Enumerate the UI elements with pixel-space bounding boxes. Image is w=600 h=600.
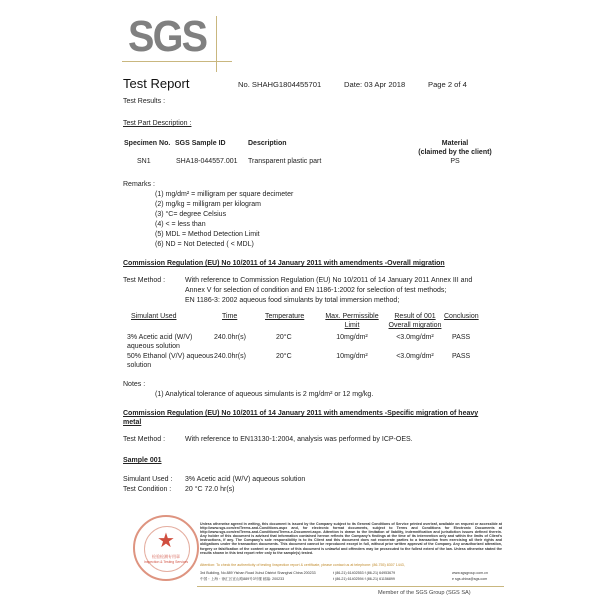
cell-temperature: 20°C (276, 353, 292, 360)
phone-fax-1: t (86-21) 61402553 f (86-21) 64953679 (333, 571, 395, 575)
cell-sample-id: SHA18-044557.001 (176, 158, 238, 165)
test-results-label: Test Results : (123, 98, 165, 105)
test-method-line: Annex V for selection of condition and E… (185, 287, 446, 294)
condition-label: Test Condition : (123, 486, 171, 493)
simulant-label: Simulant Used : (123, 476, 172, 483)
star-icon: ★ (135, 531, 197, 551)
address-chinese: 中国・上海・徐汇区宜山路889号3号楼 邮编: 200233 (200, 577, 284, 582)
specific-migration-heading: Commission Regulation (EU) No 10/2011 of… (123, 410, 478, 417)
overall-migration-heading: Commission Regulation (EU) No 10/2011 of… (123, 260, 445, 267)
col-simulant: Simulant Used (131, 313, 177, 320)
cell-simulant-2: solution (127, 362, 151, 369)
col-description: Description (248, 140, 287, 147)
col-sample-id: SGS Sample ID (175, 140, 226, 147)
stamp-text-en: Inspection & Testing Services (135, 560, 197, 564)
col-material-note: (claimed by the client) (400, 149, 510, 156)
cell-limit: 10mg/dm² (316, 353, 388, 360)
remark-item: (3) °C= degree Celsius (155, 211, 226, 218)
report-date: Date: 03 Apr 2018 (344, 80, 405, 89)
test-method-line: With reference to Commission Regulation … (185, 277, 472, 284)
cell-simulant: 50% Ethanol (V/V) aqueous (127, 353, 213, 360)
cell-result: <3.0mg/dm² (380, 353, 450, 360)
remark-item: (4) < = less than (155, 221, 206, 228)
col-material: Material (400, 140, 510, 147)
remark-item: (6) ND = Not Detected ( < MDL) (155, 241, 254, 248)
sample-heading: Sample 001 (123, 457, 162, 464)
remark-item: (2) mg/kg = milligram per kilogram (155, 201, 261, 208)
col-result: Result of 001 (380, 313, 450, 320)
remarks-label: Remarks : (123, 181, 155, 188)
cell-simulant: 3% Acetic acid (W/V) (127, 334, 192, 341)
cell-time: 240.0hr(s) (214, 334, 246, 341)
col-result-2: Overall migration (380, 322, 450, 329)
note-item: (1) Analytical tolerance of aqueous simu… (155, 391, 373, 398)
cell-conclusion: PASS (452, 353, 470, 360)
test-method-label: Test Method : (123, 277, 165, 284)
col-time: Time (222, 313, 237, 320)
page-indicator: Page 2 of 4 (428, 80, 467, 89)
cell-specimen: SN1 (137, 158, 151, 165)
footer-divider (197, 586, 504, 587)
logo-vertical-line (216, 16, 217, 72)
test-method-text-2: With reference to EN13130-1:2004, analys… (185, 436, 413, 443)
cell-result: <3.0mg/dm² (380, 334, 450, 341)
sgs-member-note: Member of the SGS Group (SGS SA) (378, 590, 471, 596)
address-english: 3rd Building, No.889 Yishan Road Xuhui D… (200, 571, 316, 575)
official-stamp: ★ 检验检测专用章 Inspection & Testing Services (133, 515, 199, 581)
cell-limit: 10mg/dm² (316, 334, 388, 341)
col-temperature: Temperature (265, 313, 304, 320)
condition-value: 20 °C 72.0 hr(s) (185, 486, 235, 493)
cell-material: PS (400, 158, 510, 165)
remark-item: (1) mg/dm² = milligram per square decime… (155, 191, 293, 198)
report-number: No. SHAHG1804455701 (238, 80, 321, 89)
report-title: Test Report (123, 76, 189, 91)
specific-migration-heading-2: metal (123, 419, 141, 426)
part-description-heading: Test Part Description : (123, 120, 191, 127)
website-link[interactable]: www.sgsgroup.com.cn (452, 571, 488, 575)
remark-item: (5) MDL = Method Detection Limit (155, 231, 260, 238)
sgs-logo: SGS (128, 16, 218, 62)
notes-label: Notes : (123, 381, 145, 388)
cell-description: Transparent plastic part (248, 158, 321, 165)
col-specimen-no: Specimen No. (124, 140, 170, 147)
test-method-line: EN 1186-3: 2002 aqueous food simulants b… (185, 297, 399, 304)
disclaimer-text: Unless otherwise agreed in writing, this… (200, 522, 502, 555)
cell-time: 240.0hr(s) (214, 353, 246, 360)
test-method-label-2: Test Method : (123, 436, 165, 443)
col-limit-2: Limit (316, 322, 388, 329)
sgs-logo-text: SGS (128, 12, 206, 62)
simulant-value: 3% Acetic acid (W/V) aqueous solution (185, 476, 305, 483)
email-link[interactable]: e sgs.china@sgs.com (452, 577, 487, 581)
cell-temperature: 20°C (276, 334, 292, 341)
phone-fax-2: t (86-21) 61402594 f (86-21) 61156899 (333, 577, 395, 581)
col-limit: Max. Permissible (316, 313, 388, 320)
cell-simulant-2: aqueous solution (127, 343, 180, 350)
cell-conclusion: PASS (452, 334, 470, 341)
col-conclusion: Conclusion (444, 313, 479, 320)
authenticity-notice: Attention: To check the authenticity of … (200, 563, 502, 567)
